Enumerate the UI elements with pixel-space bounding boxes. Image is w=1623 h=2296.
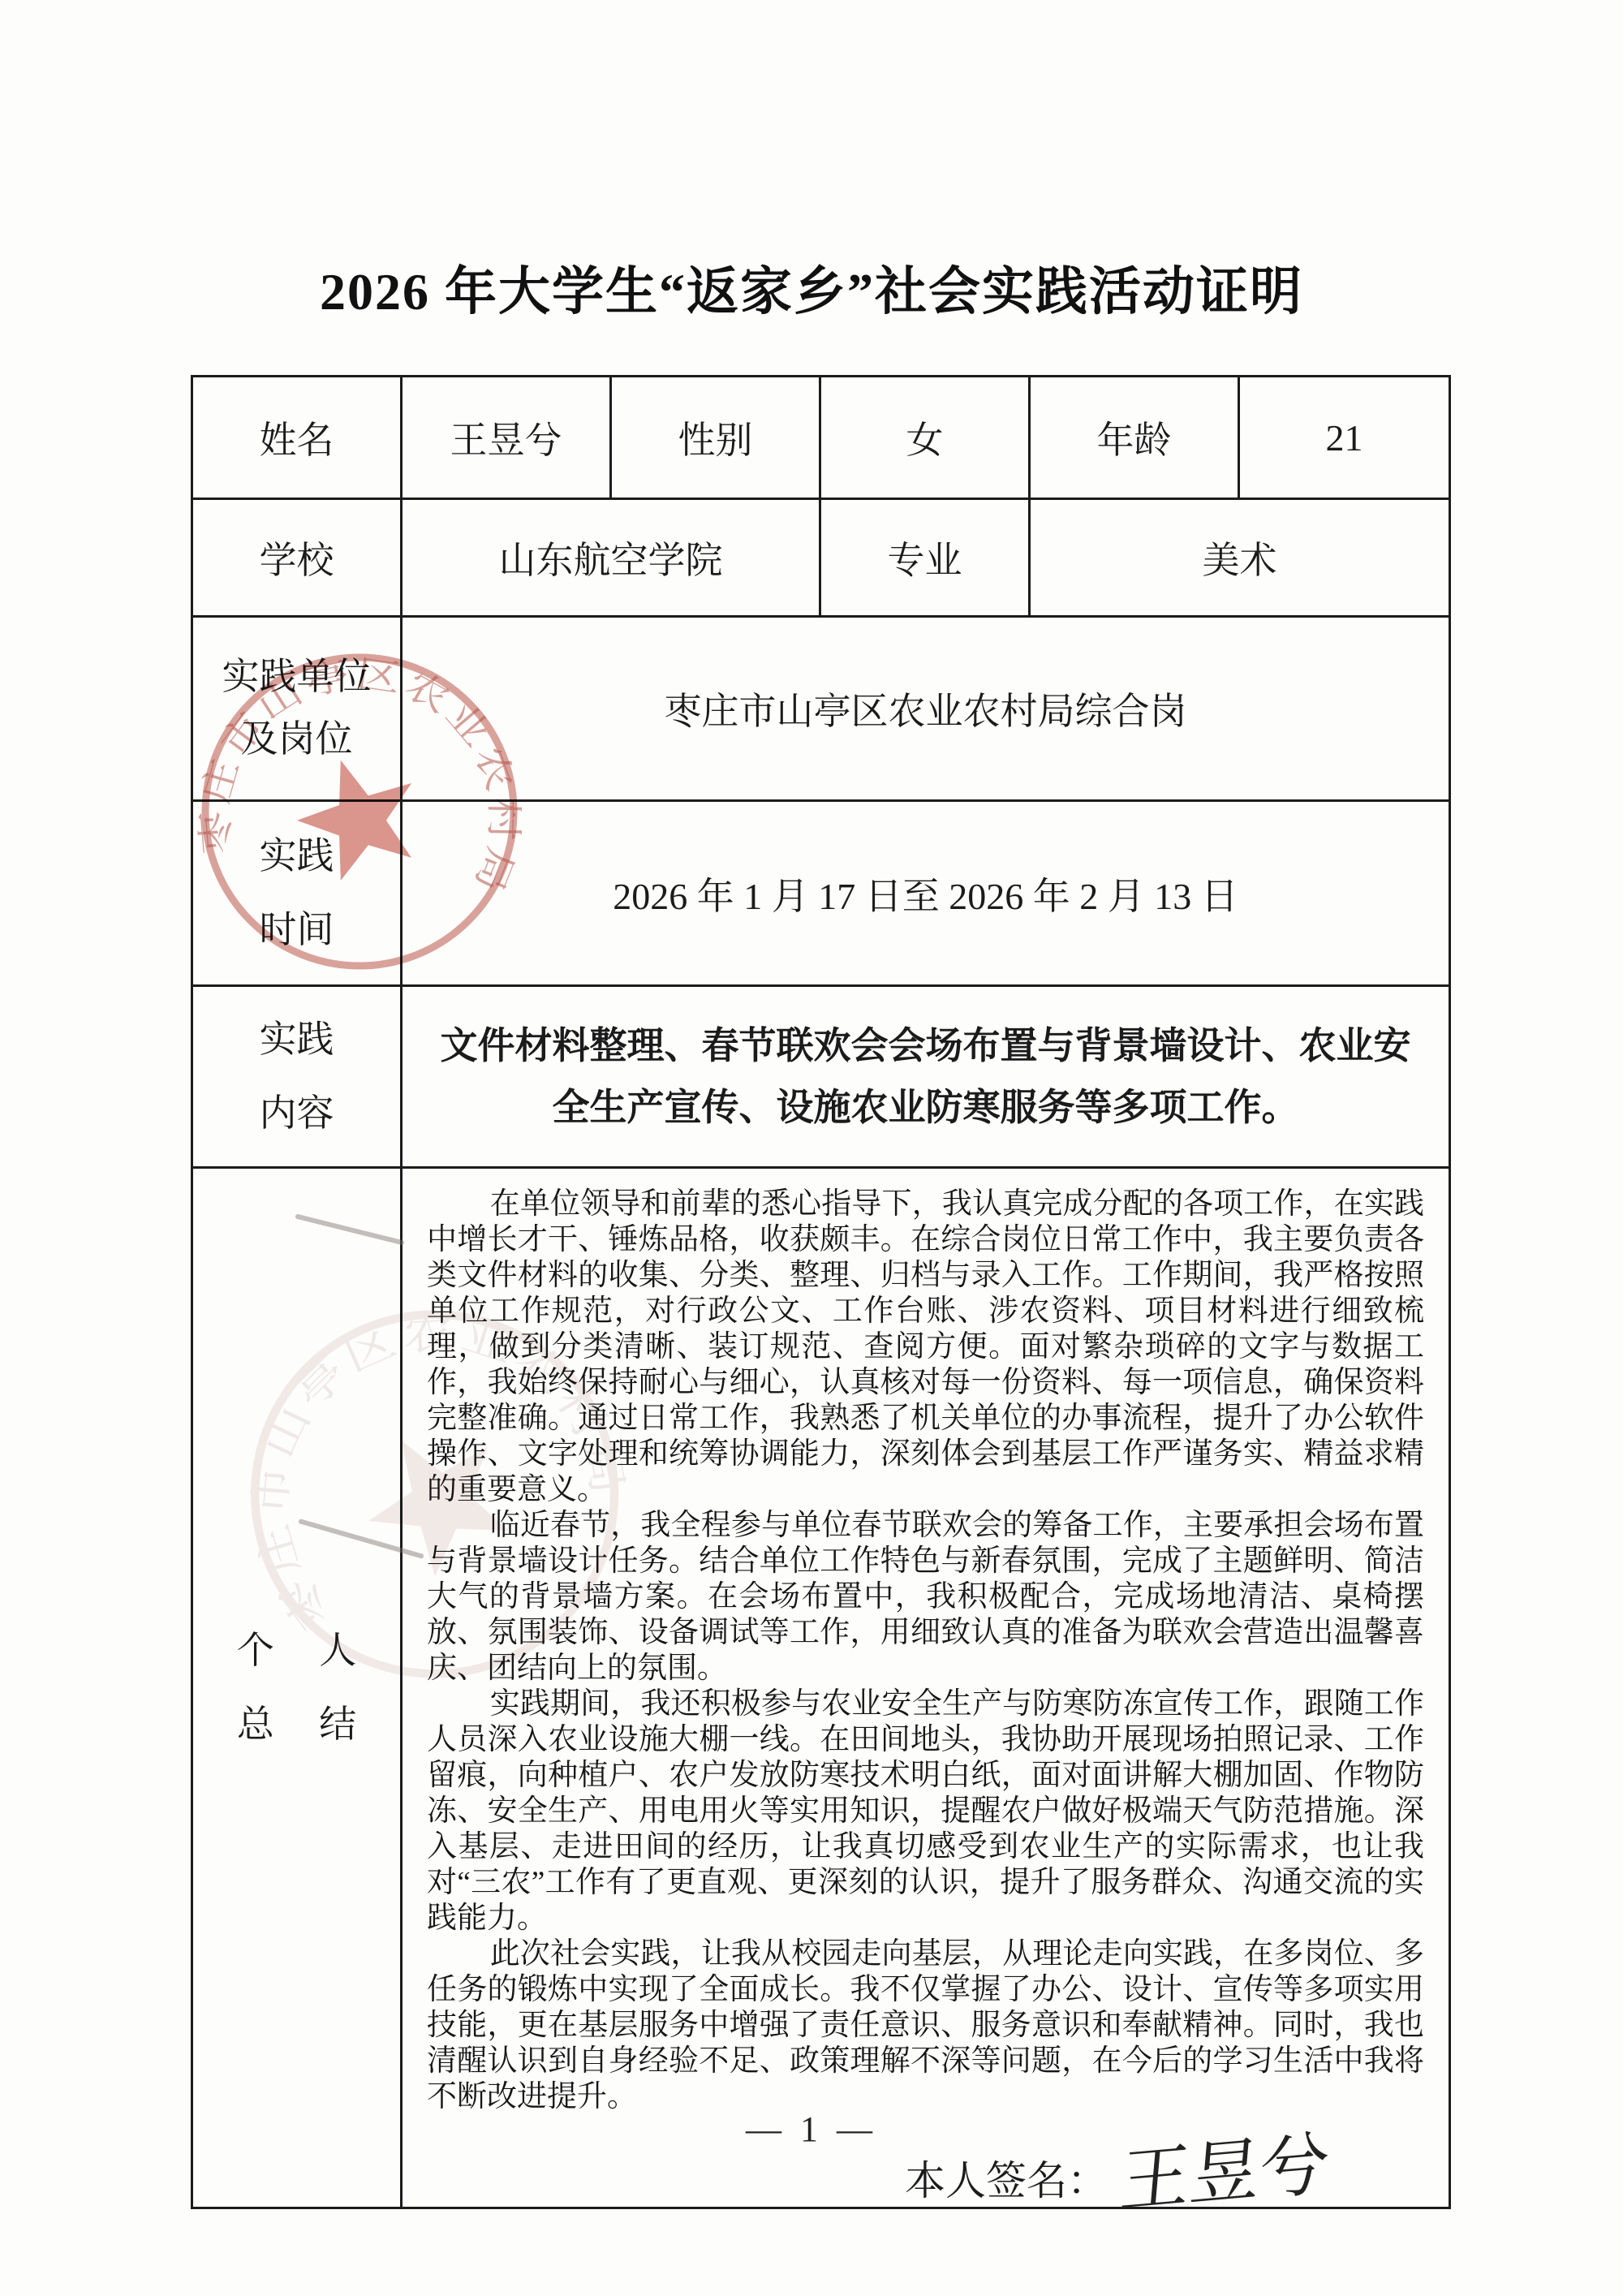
practice-time-value: 2026 年 1 月 17 日至 2026 年 2 月 13 日 xyxy=(402,801,1450,986)
personal-summary-value: 在单位领导和前辈的悉心指导下，我认真完成分配的各项工作，在实践中增长才干、锤炼品… xyxy=(402,1168,1450,2208)
certificate-page: 2026 年大学生“返家乡”社会实践活动证明 姓名 王昱兮 性别 女 年龄 21… xyxy=(0,0,1623,2296)
table-row: 实践 内容 文件材料整理、春节联欢会会场布置与背景墙设计、农业安全生产宣传、设施… xyxy=(192,986,1450,1168)
table-row: 实践单位 及岗位 枣庄市山亭区农业农村局综合岗 xyxy=(192,617,1450,801)
name-value: 王昱兮 xyxy=(402,377,611,499)
personal-summary-label: 个 人 总 结 xyxy=(192,1168,402,2208)
certificate-table: 姓名 王昱兮 性别 女 年龄 21 学校 山东航空学院 专业 美术 实践单位 及… xyxy=(191,375,1451,2209)
major-label: 专业 xyxy=(820,499,1030,617)
page-title: 2026 年大学生“返家乡”社会实践活动证明 xyxy=(0,250,1623,325)
gender-value: 女 xyxy=(820,377,1030,499)
summary-paragraph: 此次社会实践，让我从校园走向基层，从理论走向实践，在多岗位、多任务的锻炼中实现了… xyxy=(427,1936,1424,2115)
school-label: 学校 xyxy=(192,499,402,617)
practice-unit-label: 实践单位 及岗位 xyxy=(192,617,402,801)
table-row: 姓名 王昱兮 性别 女 年龄 21 xyxy=(192,377,1450,499)
table-row: 实践 时间 2026 年 1 月 17 日至 2026 年 2 月 13 日 xyxy=(192,801,1450,986)
practice-content-label: 实践 内容 xyxy=(192,986,402,1168)
table-row: 学校 山东航空学院 专业 美术 xyxy=(192,499,1450,617)
practice-content-value: 文件材料整理、春节联欢会会场布置与背景墙设计、农业安全生产宣传、设施农业防寒服务… xyxy=(402,986,1450,1168)
gender-label: 性别 xyxy=(611,377,820,499)
age-value: 21 xyxy=(1239,377,1450,499)
age-label: 年龄 xyxy=(1030,377,1239,499)
page-number: — 1 — xyxy=(0,2109,1623,2150)
table-row: 个 人 总 结 在单位领导和前辈的悉心指导下，我认真完成分配的各项工作，在实践中… xyxy=(192,1168,1450,2208)
practice-unit-value: 枣庄市山亭区农业农村局综合岗 xyxy=(402,617,1450,801)
name-label: 姓名 xyxy=(192,377,402,499)
summary-paragraph: 实践期间，我还积极参与农业安全生产与防寒防冻宣传工作，跟随工作人员深入农业设施大… xyxy=(427,1686,1424,1936)
summary-paragraph: 在单位领导和前辈的悉心指导下，我认真完成分配的各项工作，在实践中增长才干、锤炼品… xyxy=(427,1187,1424,1508)
summary-paragraph: 临近春节，我全程参与单位春节联欢会的筹备工作，主要承担会场布置与背景墙设计任务。… xyxy=(427,1508,1424,1686)
signature-label: 本人签名： xyxy=(905,2158,1108,2203)
school-value: 山东航空学院 xyxy=(402,499,820,617)
major-value: 美术 xyxy=(1030,499,1450,617)
practice-time-label: 实践 时间 xyxy=(192,801,402,986)
